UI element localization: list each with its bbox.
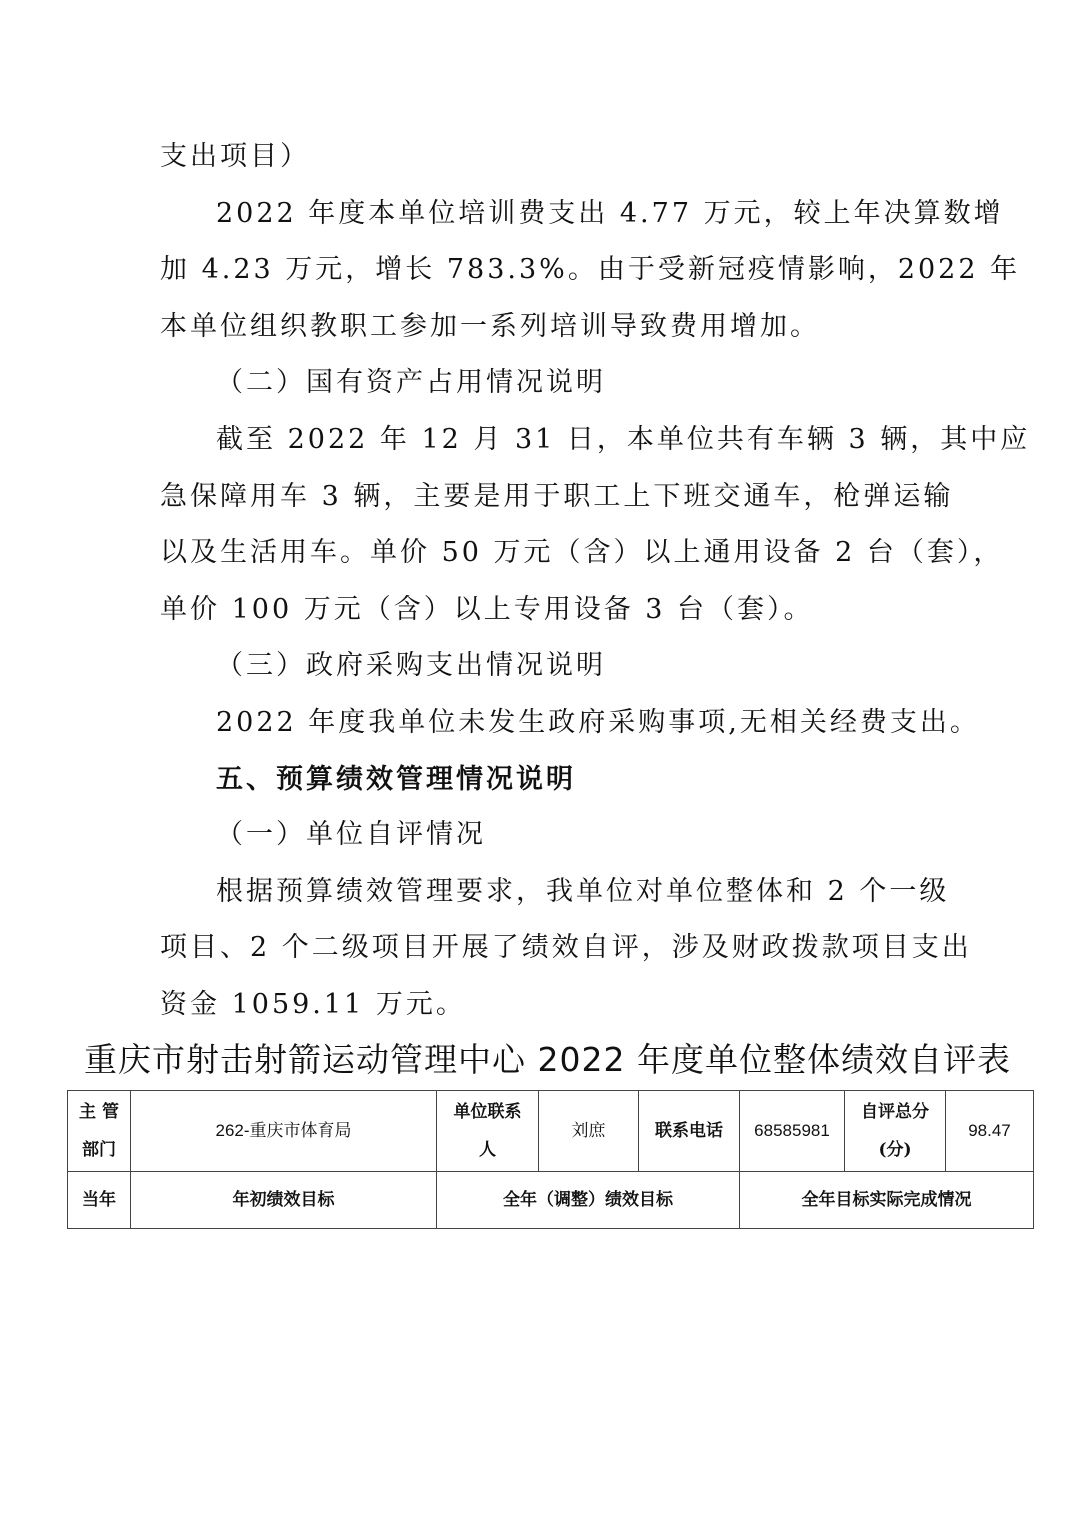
initial-goal-header: 年初绩效目标 xyxy=(131,1172,437,1229)
document-page: 支出项目） 2022 年度本单位培训费支出 4.77 万元，较上年决算数增 加 … xyxy=(0,0,1074,1520)
table-row-header-info: 主 管 部门 262-重庆市体育局 单位联系 人 刘庶 联系电话 6858598… xyxy=(68,1091,1034,1172)
year-label-cell: 当年 xyxy=(68,1172,131,1229)
contact-value-cell: 刘庶 xyxy=(539,1091,639,1172)
paragraph-continuation: 支出项目） xyxy=(160,140,310,174)
paragraph-self-evaluation-line3: 资金 1059.11 万元。 xyxy=(160,988,466,1022)
phone-value-cell: 68585981 xyxy=(740,1091,845,1172)
performance-evaluation-table: 主 管 部门 262-重庆市体育局 单位联系 人 刘庶 联系电话 6858598… xyxy=(67,1090,1034,1229)
score-value-cell: 98.47 xyxy=(946,1091,1034,1172)
heading-state-assets: （二）国有资产占用情况说明 xyxy=(216,366,606,400)
heading-procurement: （三）政府采购支出情况说明 xyxy=(216,649,606,683)
paragraph-assets-line4: 单价 100 万元（含）以上专用设备 3 台（套）。 xyxy=(160,593,814,627)
paragraph-assets: 截至 2022 年 12 月 31 日，本单位共有车辆 3 辆，其中应 xyxy=(216,423,1030,457)
score-label-cell: 自评总分 (分) xyxy=(845,1091,946,1172)
phone-label-cell: 联系电话 xyxy=(639,1091,740,1172)
paragraph-training-fee-line2: 加 4.23 万元，增长 783.3%。由于受新冠疫情影响，2022 年 xyxy=(160,253,1020,287)
heading-self-evaluation: （一）单位自评情况 xyxy=(216,818,486,852)
paragraph-training-fee-line3: 本单位组织教职工参加一系列培训导致费用增加。 xyxy=(160,310,820,344)
heading-section-five: 五、预算绩效管理情况说明 xyxy=(216,762,576,796)
table-row-goals-header: 当年 年初绩效目标 全年（调整）绩效目标 全年目标实际完成情况 xyxy=(68,1172,1034,1229)
paragraph-assets-line2: 急保障用车 3 辆，主要是用于职工上下班交通车，枪弹运输 xyxy=(160,480,953,514)
paragraph-procurement: 2022 年度我单位未发生政府采购事项,无相关经费支出。 xyxy=(216,706,980,740)
dept-value-cell: 262-重庆市体育局 xyxy=(131,1091,437,1172)
contact-label-cell: 单位联系 人 xyxy=(437,1091,539,1172)
paragraph-assets-line3: 以及生活用车。单价 50 万元（含）以上通用设备 2 台（套）， xyxy=(160,536,1003,570)
actual-completion-header: 全年目标实际完成情况 xyxy=(740,1172,1034,1229)
paragraph-self-evaluation-line2: 项目、2 个二级项目开展了绩效自评，涉及财政拨款项目支出 xyxy=(160,931,972,965)
paragraph-training-fee: 2022 年度本单位培训费支出 4.77 万元，较上年决算数增 xyxy=(216,197,1004,231)
adjusted-goal-header: 全年（调整）绩效目标 xyxy=(437,1172,740,1229)
dept-label-cell: 主 管 部门 xyxy=(68,1091,131,1172)
paragraph-self-evaluation: 根据预算绩效管理要求，我单位对单位整体和 2 个一级 xyxy=(216,875,949,909)
table-title: 重庆市射击射箭运动管理中心 2022 年度单位整体绩效自评表 xyxy=(84,1040,1011,1080)
